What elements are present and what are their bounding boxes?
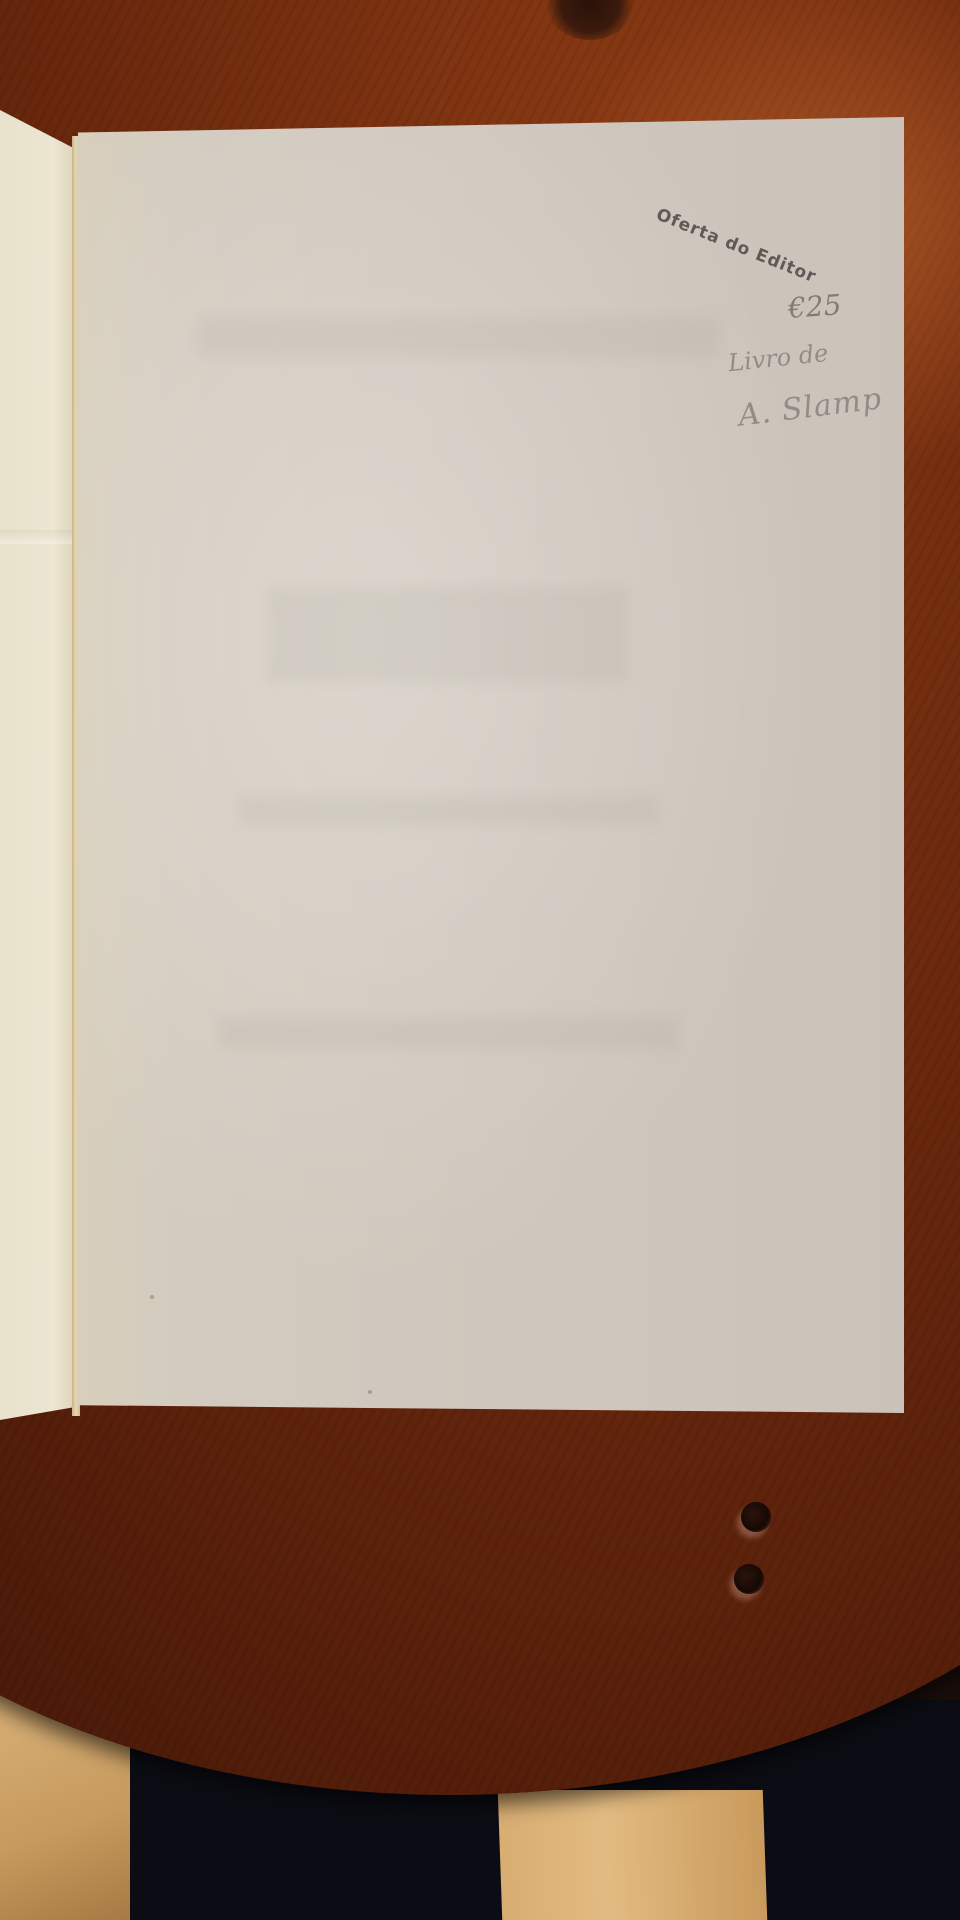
right-page	[78, 117, 904, 1413]
show-through-title	[268, 587, 628, 682]
left-page	[0, 110, 76, 1420]
show-through-text	[238, 797, 658, 825]
paper-speck	[150, 1295, 154, 1299]
show-through-text	[198, 317, 718, 357]
table-leg	[498, 1790, 768, 1920]
paper-speck	[368, 1390, 372, 1394]
show-through-text	[218, 1017, 678, 1049]
handwritten-price: €25	[787, 288, 843, 325]
photo-scene: Oferta do Editor €25 Livro de A. Slamp	[0, 0, 960, 1920]
left-page-crease	[0, 530, 76, 544]
screw-hole-icon	[741, 1502, 771, 1532]
screw-hole-icon	[734, 1564, 764, 1594]
